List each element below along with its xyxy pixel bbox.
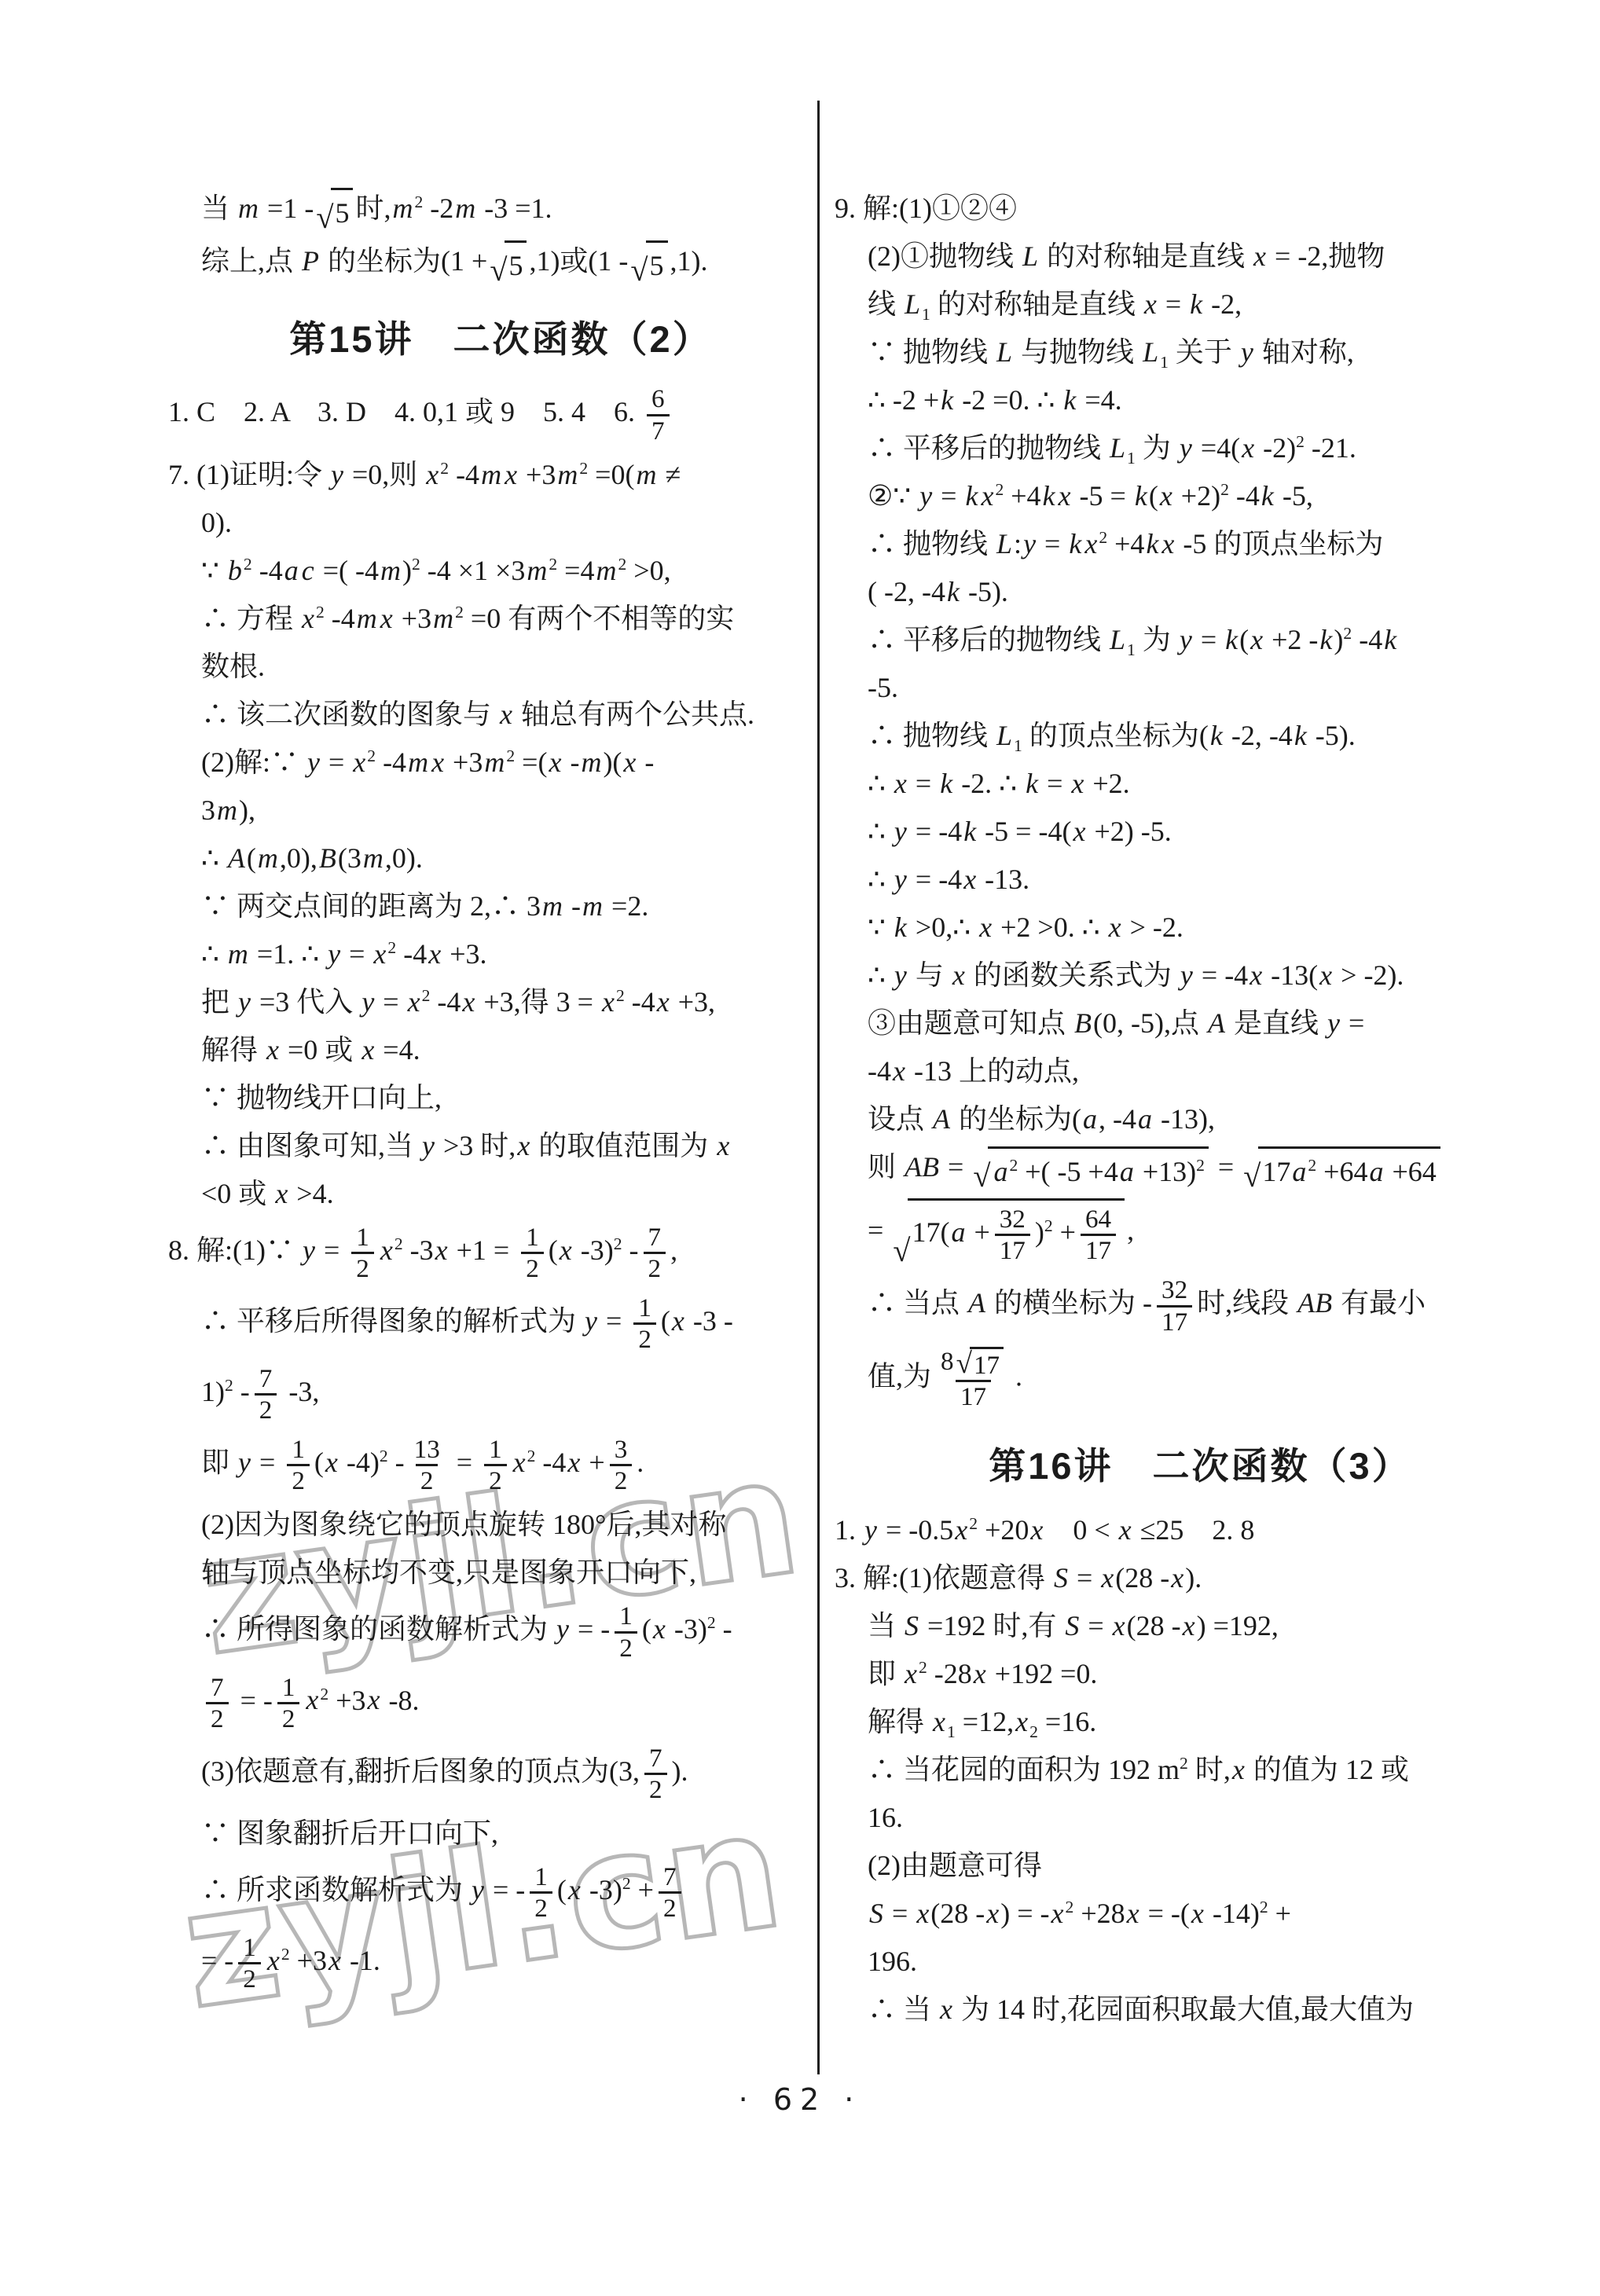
text-line: ( -2, -4k -5). [835, 570, 1565, 613]
text-line: 轴与顶点坐标均不变,只是图象开口向下, [168, 1551, 833, 1594]
text-line: (2)①抛物线 L 的对称轴是直线 x = -2,抛物 [835, 235, 1565, 277]
text-line: ∵ k >0,∴ x +2 >0. ∴ x > -2. [835, 906, 1565, 948]
text-line: ∴ -2 +k -2 =0. ∴ k =4. [835, 379, 1565, 421]
text-line: ∴ y = -4x -13. [835, 858, 1565, 900]
text-line: 值,为8√1717. [835, 1344, 1565, 1414]
text-line: 综上,点 P 的坐标为(1 +√5,1)或(1 -√5,1). [168, 240, 833, 287]
text-line: 当 S =192 时,有 S = x(28 -x) =192, [835, 1605, 1565, 1647]
text-line: -5. [835, 666, 1565, 709]
text-line: 解得 x =0 或 x =4. [168, 1029, 833, 1071]
page-number: · 62 · [0, 2082, 1600, 2117]
section-header: 第16讲 二次函数（3） [835, 1437, 1565, 1490]
text-line: ∴ A(m,0),B(3m,0). [168, 837, 833, 879]
text-line: ∴ 当花园的面积为 192 m2 时,x 的值为 12 或 [835, 1748, 1565, 1791]
text-line: ∵ b2 -4ac =( -4m)2 -4 ×1 ×3m2 =4m2 >0, [168, 549, 833, 592]
text-line: = √17(a +3217)2 +6417, [835, 1198, 1565, 1267]
text-line: ∴ 平移后的抛物线 L1 为 y =4(x -2)2 -21. [835, 427, 1565, 469]
text-line: 当 m =1 -√5时,m2 -2m -3 =1. [168, 187, 833, 234]
text-line: 8. 解:(1)∵ y = 12x2 -3x +1 = 12(x -3)2 -7… [168, 1220, 833, 1286]
text-line: ∵ 图象翻折后开口向下, [168, 1812, 833, 1854]
text-line: 9. 解:(1)①②④ [835, 187, 1565, 229]
text-line: <0 或 x >4. [168, 1172, 833, 1215]
text-line: ∴ 抛物线 L1 的顶点坐标为(k -2, -4k -5). [835, 714, 1565, 757]
text-line: S = x(28 -x) = -x2 +28x = -(x -14)2 + [835, 1892, 1565, 1935]
text-line: ∴ 所得图象的函数解析式为 y = -12(x -3)2 - [168, 1599, 833, 1664]
text-line: -4x -13 上的动点, [835, 1050, 1565, 1092]
text-line: ②∵ y = kx2 +4kx -5 = k(x +2)2 -4k -5, [835, 475, 1565, 517]
text-line: ∴ 方程 x2 -4mx +3m2 =0 有两个不相等的实 [168, 597, 833, 640]
text-line: 即 y = 12(x -4)2 -132 = 12x2 -4x +32. [168, 1432, 833, 1498]
text-line: 16. [835, 1796, 1565, 1839]
text-line: 解得 x1 =12,x2 =16. [835, 1700, 1565, 1743]
text-line: (2)因为图象绕它的顶点旋转 180°后,其对称 [168, 1503, 833, 1546]
text-line: = -12x2 +3x -1. [168, 1931, 833, 1996]
text-line: ∴ 平移后的抛物线 L1 为 y = k(x +2 -k)2 -4k [835, 618, 1565, 661]
text-line: 线 L1 的对称轴是直线 x = k -2, [835, 283, 1565, 325]
text-line: 把 y =3 代入 y = x2 -4x +3,得 3 = x2 -4x +3, [168, 981, 833, 1023]
text-line: 则 AB = √a2 +( -5 +4a +13)2 = √17a2 +64a … [835, 1146, 1565, 1193]
text-line: ∴ 当 x 为 14 时,花园面积取最大值,最大值为 [835, 1988, 1565, 2030]
text-line: ∴ y 与 x 的函数关系式为 y = -4x -13(x > -2). [835, 954, 1565, 996]
text-line: ∴ y = -4k -5 = -4(x +2) -5. [835, 810, 1565, 853]
text-line: ∵ 抛物线 L 与抛物线 L1 关于 y 轴对称, [835, 331, 1565, 373]
text-line: ∴ 当点 A 的横坐标为 -3217时,线段 AB 有最小 [835, 1273, 1565, 1338]
text-line: ∴ m =1. ∴ y = x2 -4x +3. [168, 933, 833, 975]
text-line: 3m), [168, 789, 833, 831]
text-line: 数根. [168, 645, 833, 688]
text-line: ∵ 两交点间的距离为 2,∴ 3m -m =2. [168, 885, 833, 927]
text-line: 设点 A 的坐标为(a, -4a -13), [835, 1098, 1565, 1140]
text-line: ∴ x = k -2. ∴ k = x +2. [835, 762, 1565, 805]
text-line: (2)解:∵ y = x2 -4mx +3m2 =(x -m)(x - [168, 741, 833, 783]
text-line: 1. y = -0.5x2 +20x 0 < x ≤25 2. 8 [835, 1509, 1565, 1551]
text-line: (3)依题意有,翻折后图象的顶点为(3,72). [168, 1741, 833, 1806]
text-line: 即 x2 -28x +192 =0. [835, 1652, 1565, 1695]
text-line: ∴ 平移后所得图象的解析式为 y = 12(x -3 - [168, 1291, 833, 1356]
text-line: ③由题意可知点 B(0, -5),点 A 是直线 y = [835, 1002, 1565, 1044]
text-line: ∵ 抛物线开口向上, [168, 1076, 833, 1119]
text-line: (2)由题意可得 [835, 1844, 1565, 1887]
answer-page: zyjl.cn zyjl.cn 当 m =1 -√5时,m2 -2m -3 =1… [0, 0, 1600, 2296]
text-line: 72 = -12x2 +3x -8. [168, 1671, 833, 1736]
text-line: ∴ 该二次函数的图象与 x 轴总有两个公共点. [168, 693, 833, 735]
text-line: 7. (1)证明:令 y =0,则 x2 -4mx +3m2 =0(m ≠ [168, 453, 833, 496]
text-line: 196. [835, 1940, 1565, 1982]
text-line: 1. C 2. A 3. D 4. 0,1 或 9 5. 4 6. 67 [168, 382, 833, 447]
left-column: 当 m =1 -√5时,m2 -2m -3 =1.综上,点 P 的坐标为(1 +… [168, 187, 833, 2001]
text-line: 0). [168, 501, 833, 544]
text-line: 1)2 -72 -3, [168, 1362, 833, 1427]
text-line: ∴ 所求函数解析式为 y = -12(x -3)2 +72 [168, 1860, 833, 1925]
text-line: ∴ 由图象可知,当 y >3 时,x 的取值范围为 x [168, 1124, 833, 1167]
text-line: ∴ 抛物线 L:y = kx2 +4kx -5 的顶点坐标为 [835, 523, 1565, 565]
text-line: 3. 解:(1)依题意得 S = x(28 -x). [835, 1557, 1565, 1599]
section-header: 第15讲 二次函数（2） [168, 310, 833, 363]
right-column: 9. 解:(1)①②④(2)①抛物线 L 的对称轴是直线 x = -2,抛物线 … [835, 187, 1565, 2036]
